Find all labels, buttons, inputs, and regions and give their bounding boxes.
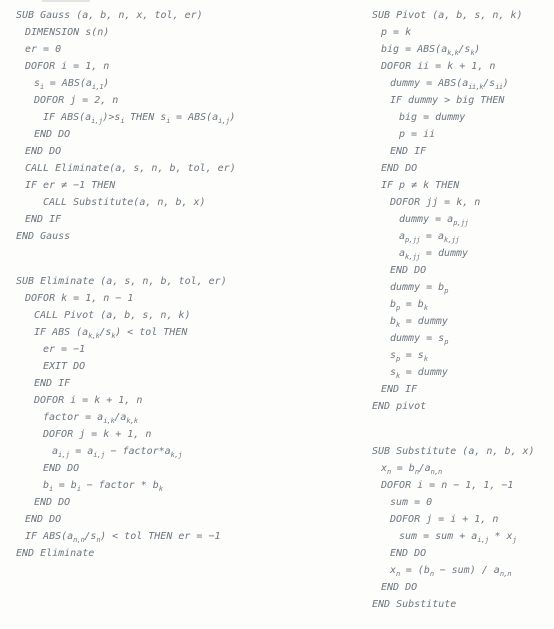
- code-text: IF dummy > big THEN: [390, 95, 504, 106]
- code-text: ) < tol THEN: [115, 327, 187, 338]
- code-line: DOFOR i = n − 1, 1, −1: [372, 477, 535, 494]
- code-line: SUB Substitute (a, n, b, x): [372, 443, 535, 460]
- code-text: = a: [420, 231, 444, 242]
- code-block-pivot: SUB Pivot (a, b, s, n, k)p = kbig = ABS(…: [372, 7, 535, 415]
- code-line: END DO: [16, 494, 236, 511]
- code-text: END IF: [25, 214, 61, 225]
- code-block-substitute: SUB Substitute (a, n, b, x)xn = bn/an,nD…: [372, 443, 535, 613]
- code-text: dummy = a: [399, 214, 453, 225]
- code-text: = s: [400, 350, 424, 361]
- code-line: big = dummy: [372, 109, 535, 126]
- code-line: END DO: [16, 511, 236, 528]
- code-text: DOFOR j = 2, n: [34, 95, 118, 106]
- code-text: DOFOR ii = k + 1, n: [381, 61, 495, 72]
- code-text: dummy = b: [390, 282, 444, 293]
- code-line: p = k: [372, 24, 535, 41]
- code-line: ap,jj = ak,jj: [372, 228, 535, 245]
- code-text: CALL Substitute(a, n, b, x): [43, 197, 206, 208]
- code-subscript: k,k: [88, 332, 99, 340]
- code-text: /s: [483, 78, 495, 89]
- code-line: END DO: [372, 160, 535, 177]
- code-line: END DO: [372, 579, 535, 596]
- code-text: SUB Eliminate (a, s, n, b, tol, er): [16, 276, 227, 287]
- code-line: bk = dummy: [372, 313, 535, 330]
- code-text: DOFOR k = 1, n − 1: [25, 293, 133, 304]
- code-text: = ABS(a: [170, 112, 218, 123]
- code-text: /a: [419, 463, 431, 474]
- code-text: END DO: [43, 463, 79, 474]
- code-line: END Gauss: [16, 228, 236, 245]
- code-text: DOFOR i = k + 1, n: [34, 395, 142, 406]
- code-text: END DO: [390, 548, 426, 559]
- code-text: IF er ≠ −1 THEN: [25, 180, 115, 191]
- code-text: ): [103, 78, 109, 89]
- code-text: DOFOR i = 1, n: [25, 61, 109, 72]
- code-line: DOFOR i = 1, n: [16, 58, 236, 75]
- code-line: si = ABS(ai,1): [16, 75, 236, 92]
- code-subscript: i,j: [91, 117, 102, 125]
- code-line: dummy = ABS(aii,k/sii): [372, 75, 535, 92]
- code-line: sum = sum + ai,j * xj: [372, 528, 535, 545]
- code-line: END DO: [372, 545, 535, 562]
- code-text: /a: [114, 412, 126, 423]
- code-line: END DO: [16, 460, 236, 477]
- code-line: END IF: [16, 211, 236, 228]
- code-text: END DO: [381, 582, 417, 593]
- code-text: END DO: [390, 265, 426, 276]
- crop-artifact: [42, 0, 90, 2]
- code-column-left: SUB Gauss (a, b, n, x, tol, er)DIMENSION…: [16, 7, 236, 562]
- code-text: factor = a: [43, 412, 103, 423]
- code-text: )>s: [102, 112, 120, 123]
- code-line: END Substitute: [372, 596, 535, 613]
- code-text: sum = sum + a: [399, 531, 477, 542]
- code-subscript: i,j: [93, 451, 104, 459]
- code-subscript: i,j: [218, 117, 229, 125]
- code-text: DIMENSION s(n): [25, 27, 109, 38]
- code-line: ak,jj = dummy: [372, 245, 535, 262]
- code-text: END DO: [34, 129, 70, 140]
- code-text: er = −1: [43, 344, 85, 355]
- code-text: = (b: [400, 565, 430, 576]
- code-text: p = k: [381, 27, 411, 38]
- code-text: p = ii: [399, 129, 435, 140]
- code-subscript: k,jj: [405, 253, 420, 261]
- code-subscript: i,1: [92, 83, 103, 91]
- code-text: DOFOR j = k + 1, n: [43, 429, 151, 440]
- code-line: CALL Eliminate(a, s, n, b, tol, er): [16, 160, 236, 177]
- code-block-gauss: SUB Gauss (a, b, n, x, tol, er)DIMENSION…: [16, 7, 236, 245]
- code-line: DOFOR k = 1, n − 1: [16, 290, 236, 307]
- code-text: = b: [391, 463, 415, 474]
- code-line: END DO: [16, 126, 236, 143]
- code-line: EXIT DO: [16, 358, 236, 375]
- code-text: − sum) / a: [434, 565, 500, 576]
- code-line: p = ii: [372, 126, 535, 143]
- code-line: END DO: [372, 262, 535, 279]
- code-line: sk = dummy: [372, 364, 535, 381]
- code-subscript: n,n: [73, 536, 84, 544]
- code-text: = dummy: [420, 248, 468, 259]
- code-line: DOFOR j = k + 1, n: [16, 426, 236, 443]
- code-text: DOFOR jj = k, n: [390, 197, 480, 208]
- code-text: sum = 0: [390, 497, 432, 508]
- code-text: IF ABS(a: [43, 112, 91, 123]
- code-text: = b: [53, 480, 77, 491]
- code-text: IF p ≠ k THEN: [381, 180, 459, 191]
- code-line: CALL Substitute(a, n, b, x): [16, 194, 236, 211]
- code-text: /s: [84, 531, 96, 542]
- code-text: ) < tol THEN er = −1: [100, 531, 220, 542]
- code-line: SUB Eliminate (a, s, n, b, tol, er): [16, 273, 236, 290]
- code-text: − factor * b: [81, 480, 159, 491]
- code-text: − factor*a: [104, 446, 170, 457]
- code-line: factor = ai,k/ak,k: [16, 409, 236, 426]
- code-text: CALL Pivot (a, b, s, n, k): [34, 310, 191, 321]
- code-text: END DO: [25, 146, 61, 157]
- code-text: END DO: [34, 497, 70, 508]
- code-text: = dummy: [400, 367, 448, 378]
- code-line: IF ABS(ai,j)>si THEN si = ABS(ai,j): [16, 109, 236, 126]
- code-text: er = 0: [25, 44, 61, 55]
- code-line: dummy = ap,jj: [372, 211, 535, 228]
- code-text: = a: [69, 446, 93, 457]
- code-text: * x: [488, 531, 512, 542]
- code-subscript: p: [444, 338, 448, 346]
- code-text: SUB Substitute (a, n, b, x): [372, 446, 535, 457]
- code-line: END Eliminate: [16, 545, 236, 562]
- code-subscript: p,jj: [453, 219, 468, 227]
- code-subscript: i,j: [477, 536, 488, 544]
- code-line: bp = bk: [372, 296, 535, 313]
- code-line: sum = 0: [372, 494, 535, 511]
- code-line: sp = sk: [372, 347, 535, 364]
- code-subscript: i,k: [103, 417, 114, 425]
- code-text: = dummy: [400, 316, 448, 327]
- code-line: ai,j = ai,j − factor*ak,j: [16, 443, 236, 460]
- code-text: = b: [400, 299, 424, 310]
- code-subscript: n,n: [431, 468, 442, 476]
- code-text: END IF: [390, 146, 426, 157]
- code-text: ): [229, 112, 235, 123]
- code-text: END DO: [381, 163, 417, 174]
- code-line: IF er ≠ −1 THEN: [16, 177, 236, 194]
- code-line: IF ABS (ak,k/sk) < tol THEN: [16, 324, 236, 341]
- code-subscript: i,j: [58, 451, 69, 459]
- code-text: DOFOR j = i + 1, n: [390, 514, 498, 525]
- code-line: IF p ≠ k THEN: [372, 177, 535, 194]
- code-subscript: ii: [495, 83, 502, 91]
- code-text: CALL Eliminate(a, s, n, b, tol, er): [25, 163, 236, 174]
- code-line: DOFOR ii = k + 1, n: [372, 58, 535, 75]
- code-subscript: j: [513, 536, 517, 544]
- code-text: END Substitute: [372, 599, 456, 610]
- code-line: END IF: [16, 375, 236, 392]
- code-line: DOFOR j = i + 1, n: [372, 511, 535, 528]
- code-block-eliminate: SUB Eliminate (a, s, n, b, tol, er)DOFOR…: [16, 273, 236, 562]
- code-line: DOFOR j = 2, n: [16, 92, 236, 109]
- code-subscript: k: [424, 355, 428, 363]
- code-line: dummy = bp: [372, 279, 535, 296]
- code-line: er = 0: [16, 41, 236, 58]
- code-text: END DO: [25, 514, 61, 525]
- code-line: IF dummy > big THEN: [372, 92, 535, 109]
- code-text: END IF: [34, 378, 70, 389]
- code-column-right: SUB Pivot (a, b, s, n, k)p = kbig = ABS(…: [372, 7, 535, 613]
- code-line: xn = (bn − sum) / an,n: [372, 562, 535, 579]
- code-text: big = ABS(a: [381, 44, 447, 55]
- code-line: IF ABS(an,n/sn) < tol THEN er = −1: [16, 528, 236, 545]
- code-subscript: k: [424, 304, 428, 312]
- code-text: /s: [99, 327, 111, 338]
- code-text: DOFOR i = n − 1, 1, −1: [381, 480, 513, 491]
- code-line: END pivot: [372, 398, 535, 415]
- code-text: /s: [458, 44, 470, 55]
- code-subscript: n,n: [500, 570, 511, 578]
- code-line: END IF: [372, 143, 535, 160]
- code-text: dummy = ABS(a: [390, 78, 468, 89]
- code-line: xn = bn/an,n: [372, 460, 535, 477]
- code-line: DOFOR i = k + 1, n: [16, 392, 236, 409]
- code-line: er = −1: [16, 341, 236, 358]
- code-text: SUB Gauss (a, b, n, x, tol, er): [16, 10, 203, 21]
- code-line: SUB Gauss (a, b, n, x, tol, er): [16, 7, 236, 24]
- code-line: big = ABS(ak,k/sk): [372, 41, 535, 58]
- code-subscript: k,j: [171, 451, 182, 459]
- code-subscript: k,jj: [444, 236, 459, 244]
- code-line: bi = bi − factor * bk: [16, 477, 236, 494]
- code-text: END IF: [381, 384, 417, 395]
- pseudocode-page: SUB Gauss (a, b, n, x, tol, er)DIMENSION…: [0, 0, 554, 629]
- code-text: END Gauss: [16, 231, 70, 242]
- code-text: ): [474, 44, 480, 55]
- code-line: END DO: [16, 143, 236, 160]
- code-subscript: k,k: [447, 49, 458, 57]
- code-subscript: ii,k: [468, 83, 483, 91]
- code-text: IF ABS(a: [25, 531, 73, 542]
- code-line: dummy = sp: [372, 330, 535, 347]
- code-line: DIMENSION s(n): [16, 24, 236, 41]
- code-subscript: k,k: [126, 417, 137, 425]
- code-text: big = dummy: [399, 112, 465, 123]
- code-text: IF ABS (a: [34, 327, 88, 338]
- code-text: SUB Pivot (a, b, s, n, k): [372, 10, 523, 21]
- code-text: = ABS(a: [44, 78, 92, 89]
- code-text: THEN s: [124, 112, 166, 123]
- code-text: END Eliminate: [16, 548, 94, 559]
- code-text: ): [503, 78, 509, 89]
- code-line: SUB Pivot (a, b, s, n, k): [372, 7, 535, 24]
- code-text: dummy = s: [390, 333, 444, 344]
- code-text: EXIT DO: [43, 361, 85, 372]
- code-text: END pivot: [372, 401, 426, 412]
- code-line: DOFOR jj = k, n: [372, 194, 535, 211]
- code-subscript: p: [444, 287, 448, 295]
- code-subscript: p,jj: [405, 236, 420, 244]
- code-line: CALL Pivot (a, b, s, n, k): [16, 307, 236, 324]
- code-line: END IF: [372, 381, 535, 398]
- code-subscript: k: [159, 485, 163, 493]
